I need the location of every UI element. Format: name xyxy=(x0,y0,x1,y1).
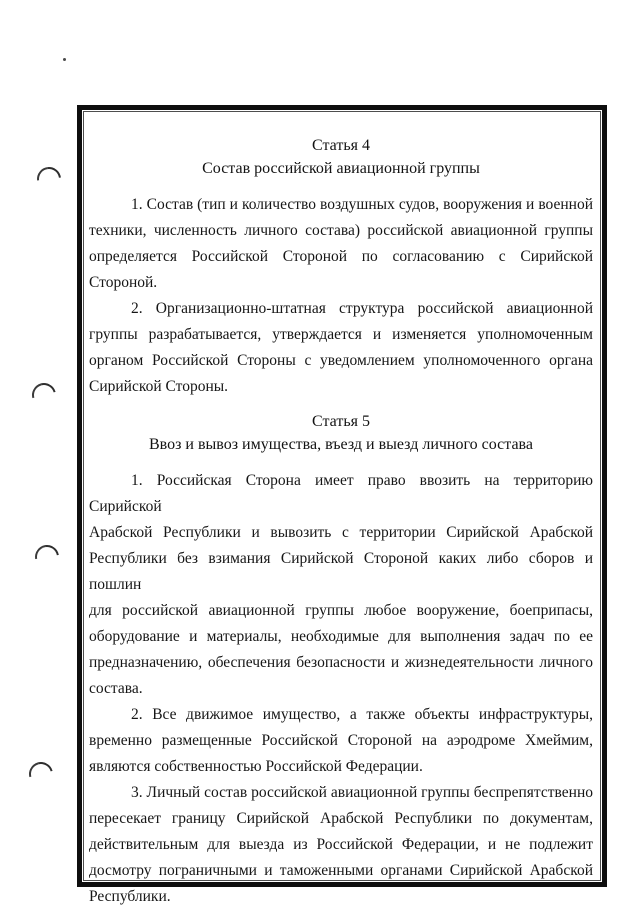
text-line: пересекает границу Сирийской Арабской Ре… xyxy=(89,806,593,832)
hole-punch-mark-4 xyxy=(25,758,58,791)
text-line: 1. Состав (тип и количество воздушных су… xyxy=(89,192,593,218)
text-line: состава. xyxy=(89,676,593,702)
spacer xyxy=(89,456,593,468)
text-line: временно размещенные Российской Стороной… xyxy=(89,728,593,754)
text-line: являются собственностью Российской Федер… xyxy=(89,754,593,780)
hole-punch-mark-2 xyxy=(28,379,61,412)
scan-speck xyxy=(63,58,66,61)
scanned-page: Статья 4 Состав российской авиационной г… xyxy=(0,0,640,905)
article-section-5: Статья 5 Ввоз и вывоз имущества, въезд и… xyxy=(89,410,593,905)
document-content: Статья 4 Состав российской авиационной г… xyxy=(84,112,600,880)
article-subtitle: Состав российской авиационной группы xyxy=(89,157,593,180)
text-line: техники, численность личного состава) ро… xyxy=(89,218,593,244)
text-line: 3. Личный состав российской авиационной … xyxy=(89,780,593,806)
text-line: органом Российской Стороны с уведомление… xyxy=(89,348,593,374)
article-subtitle: Ввоз и вывоз имущества, въезд и выезд ли… xyxy=(89,433,593,456)
text-line: Республики. xyxy=(89,884,593,905)
article-section-4: Статья 4 Состав российской авиационной г… xyxy=(89,134,593,400)
paragraph: 2. Все движимое имущество, а также объек… xyxy=(89,702,593,780)
document-frame: Статья 4 Состав российской авиационной г… xyxy=(77,105,607,887)
text-line: определяется Российской Стороной по согл… xyxy=(89,244,593,296)
paragraph: 3. Личный состав российской авиационной … xyxy=(89,780,593,905)
text-line: Сирийской Стороны. xyxy=(89,374,593,400)
text-line: Республики без взимания Сирийской Сторон… xyxy=(89,546,593,598)
spacer xyxy=(89,180,593,192)
hole-punch-mark-3 xyxy=(30,540,63,573)
article-title: Статья 4 xyxy=(89,134,593,157)
paragraph: 1. Российская Сторона имеет право ввозит… xyxy=(89,468,593,702)
text-line: предназначению, обеспечения безопасности… xyxy=(89,650,593,676)
text-line: 2. Все движимое имущество, а также объек… xyxy=(89,702,593,728)
hole-punch-mark-1 xyxy=(32,162,66,196)
text-line: для российской авиационной группы любое … xyxy=(89,598,593,624)
text-line: группы разрабатывается, утверждается и и… xyxy=(89,322,593,348)
text-line: оборудование и материалы, необходимые дл… xyxy=(89,624,593,650)
paragraph: 1. Состав (тип и количество воздушных су… xyxy=(89,192,593,296)
text-line: 1. Российская Сторона имеет право ввозит… xyxy=(89,468,593,520)
article-title: Статья 5 xyxy=(89,410,593,433)
text-line: Арабской Республики и вывозить с террито… xyxy=(89,520,593,546)
text-line: досмотру пограничными и таможенными орга… xyxy=(89,858,593,884)
paragraph: 2. Организационно-штатная структура росс… xyxy=(89,296,593,400)
text-line: 2. Организационно-штатная структура росс… xyxy=(89,296,593,322)
text-line: действительным для выезда из Российской … xyxy=(89,832,593,858)
